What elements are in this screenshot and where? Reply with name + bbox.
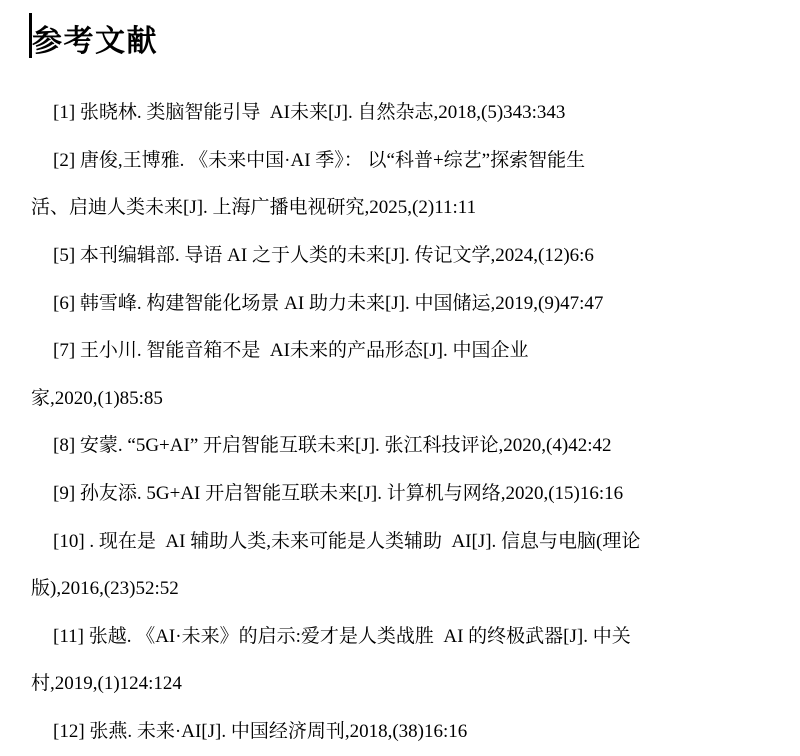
reference-line: 版),2016,(23)52:52 xyxy=(0,565,800,613)
reference-line: [11] 张越. 《AI·未来》的启示:爱才是人类战胜 AI 的终极武器[J].… xyxy=(0,613,800,661)
reference-line: 活、启迪人类未来[J]. 上海广播电视研究,2025,(2)11:11 xyxy=(0,184,800,232)
reference-line: 村,2019,(1)124:124 xyxy=(0,660,800,708)
references-heading: 参考文献 xyxy=(32,16,158,60)
reference-line: [2] 唐俊,王博雅. 《未来中国·AI 季》： 以“科普+综艺”探索智能生 xyxy=(0,137,800,185)
reference-line: 家,2020,(1)85:85 xyxy=(0,375,800,423)
reference-line: [5] 本刊编辑部. 导语 AI 之于人类的未来[J]. 传记文学,2024,(… xyxy=(0,232,800,280)
document-page: 参考文献 [1] 张晓林. 类脑智能引导 AI未来[J]. 自然杂志,2018,… xyxy=(0,0,800,756)
reference-line: [1] 张晓林. 类脑智能引导 AI未来[J]. 自然杂志,2018,(5)34… xyxy=(0,89,800,137)
reference-line: [9] 孙友添. 5G+AI 开启智能互联未来[J]. 计算机与网络,2020,… xyxy=(0,470,800,518)
reference-list: [1] 张晓林. 类脑智能引导 AI未来[J]. 自然杂志,2018,(5)34… xyxy=(0,89,800,755)
reference-line: [6] 韩雪峰. 构建智能化场景 AI 助力未来[J]. 中国储运,2019,(… xyxy=(0,279,800,327)
reference-line: [12] 张燕. 未来·AI[J]. 中国经济周刊,2018,(38)16:16 xyxy=(0,708,800,756)
reference-line: [8] 安蒙. “5G+AI” 开启智能互联未来[J]. 张江科技评论,2020… xyxy=(0,422,800,470)
reference-line: [10] . 现在是 AI 辅助人类,未来可能是人类辅助 AI[J]. 信息与电… xyxy=(0,517,800,565)
reference-line: [7] 王小川. 智能音箱不是 AI未来的产品形态[J]. 中国企业 xyxy=(0,327,800,375)
